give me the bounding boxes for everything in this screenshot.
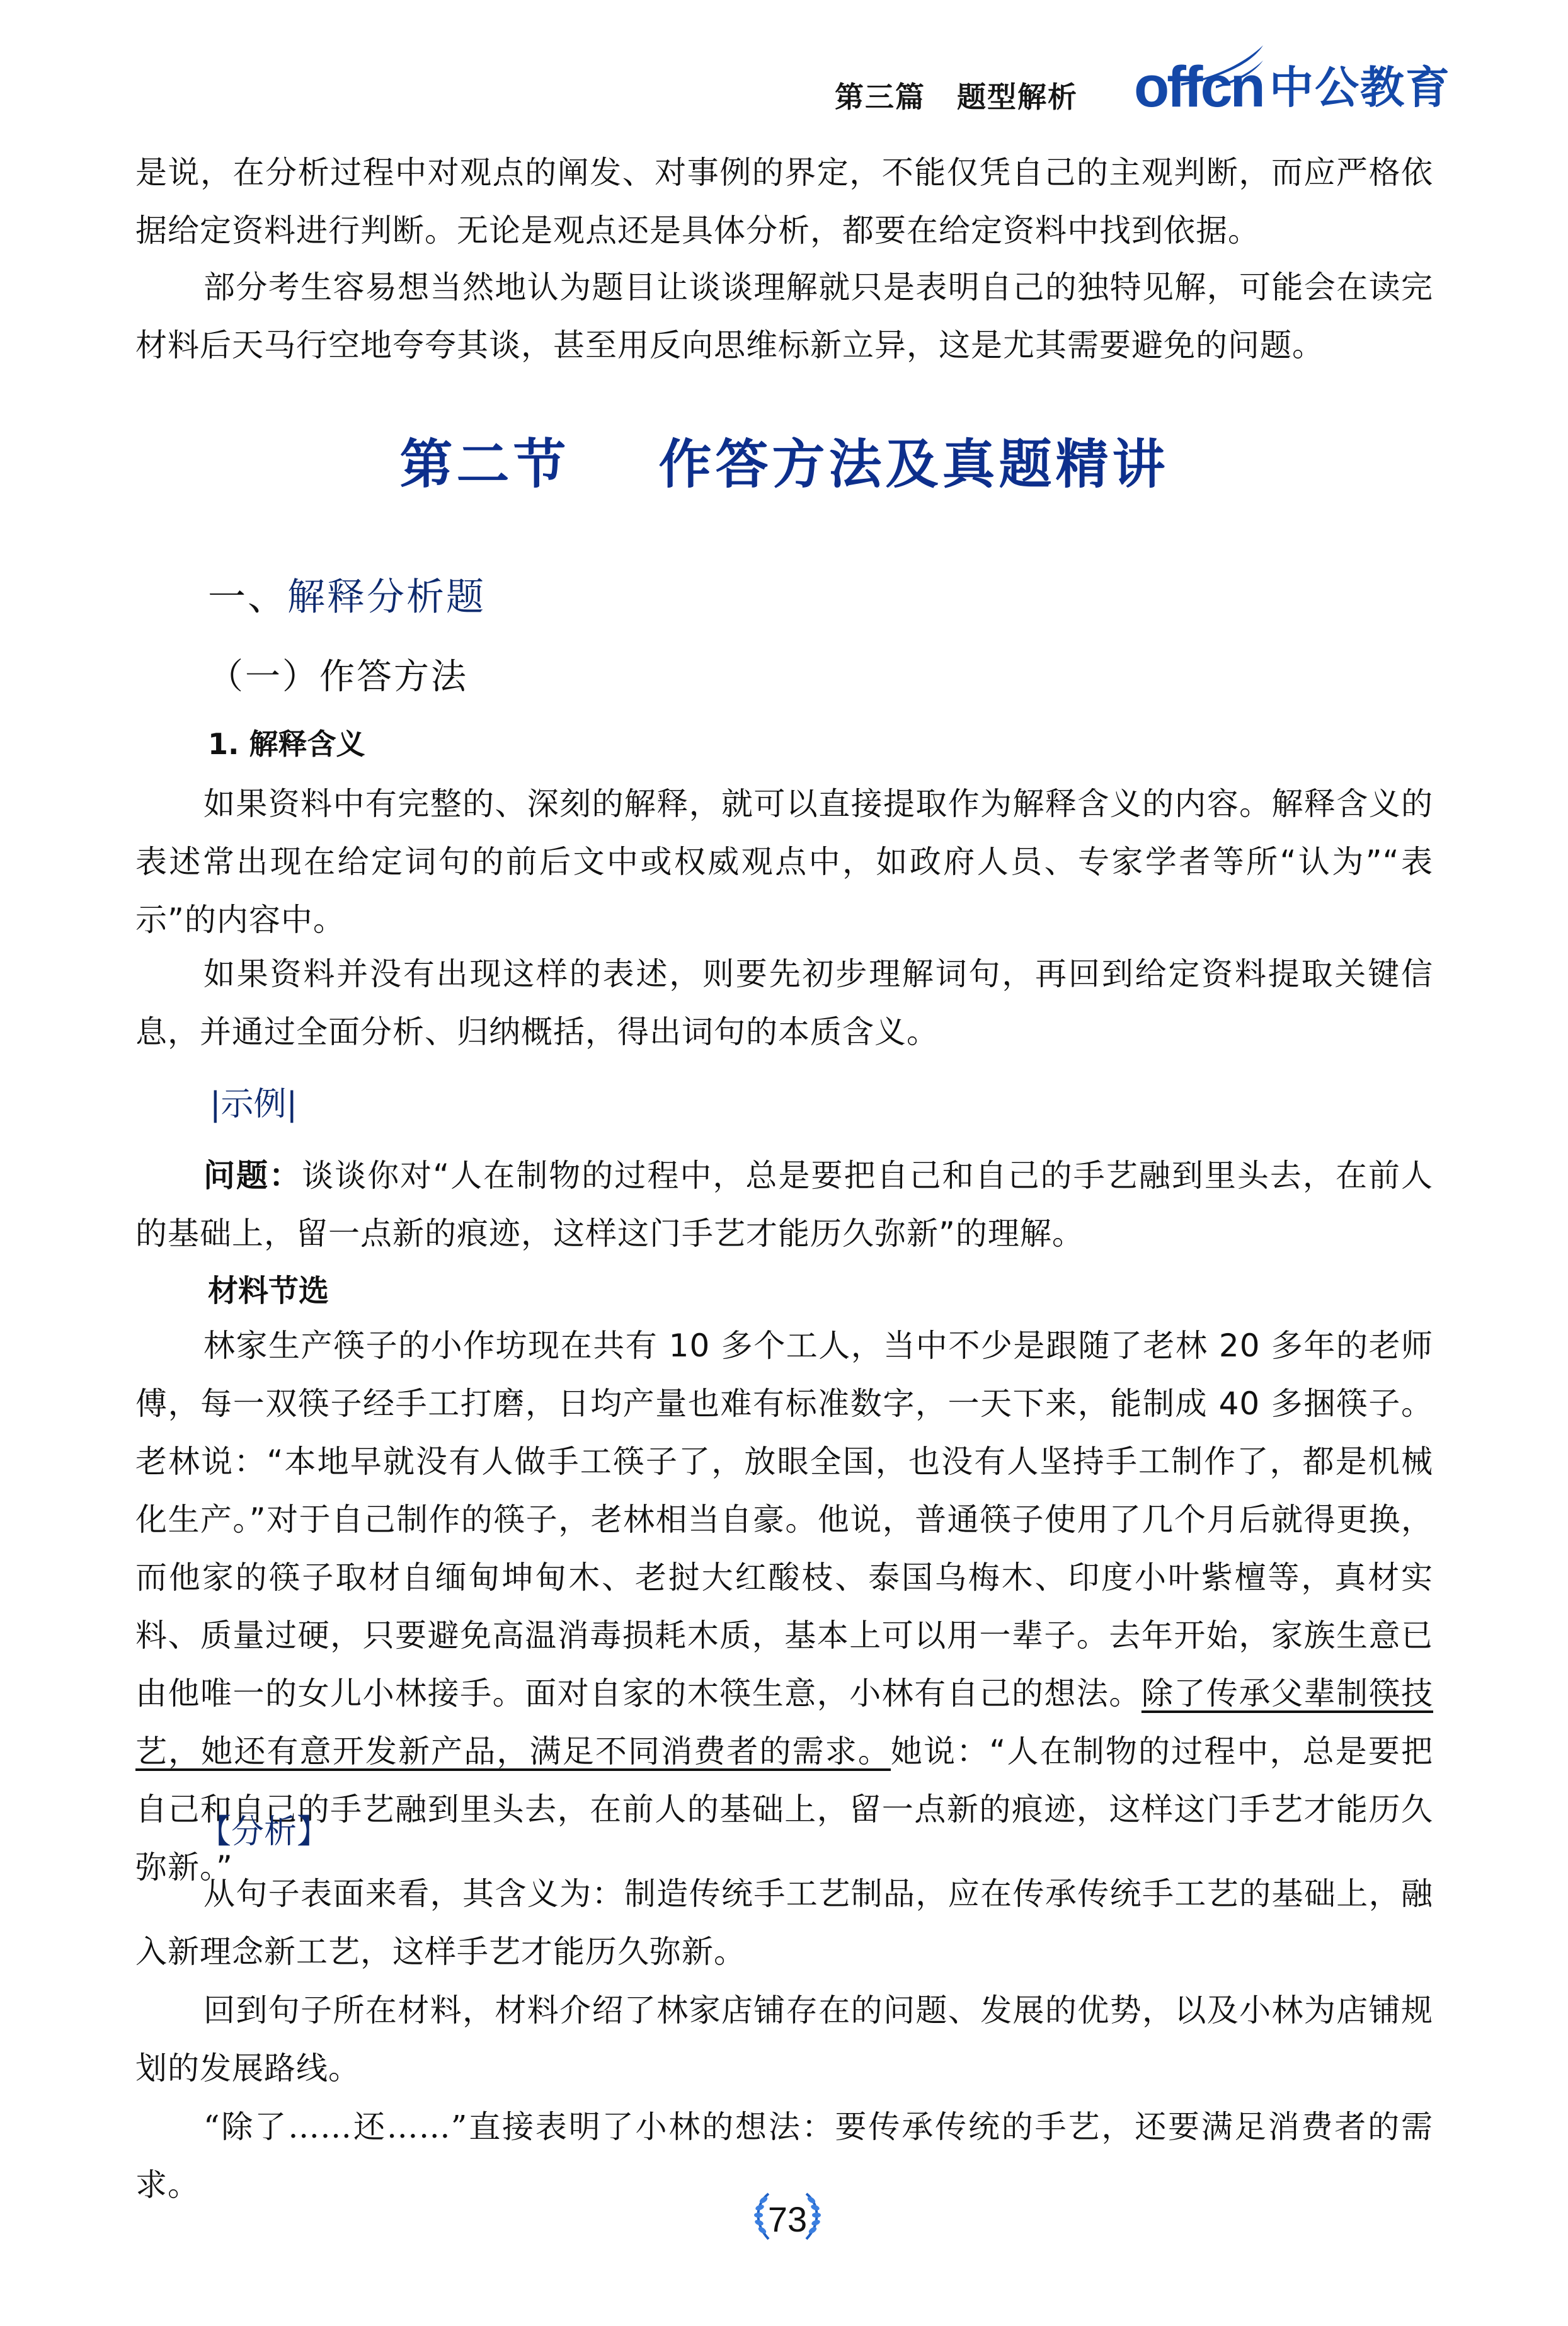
section-number: 第二节 [399, 433, 569, 495]
analysis-paragraph-2: 回到句子所在材料，材料介绍了林家店铺存在的问题、发展的优势，以及小林为店铺规划的… [135, 1981, 1433, 2097]
heading-2-title: 解释分析题 [287, 575, 486, 619]
material-excerpt: 林家生产筷子的小作坊现在共有 10 多个工人，当中不少是跟随了老林 20 多年的… [135, 1317, 1433, 1896]
analysis-paragraph-1: 从句子表面来看，其含义为：制造传统手工艺制品，应在传承传统手工艺的基础上，融入新… [135, 1865, 1433, 1981]
section-title: 第二节 作答方法及真题精讲 [135, 422, 1433, 498]
intro-paragraph-1: 是说，在分析过程中对观点的阐发、对事例的界定，不能仅凭自己的主观判断，而应严格依… [135, 144, 1433, 260]
question-label: 问题： [203, 1157, 302, 1194]
part-number: 第三篇 [835, 80, 925, 114]
laurel-right-icon [797, 2191, 825, 2242]
logo-chinese-name: 中公教育 [1269, 66, 1451, 110]
heading-level-2: 一、解释分析题 [208, 567, 486, 621]
offcn-logo: offcn 中公教育 [1134, 44, 1436, 126]
section-name: 作答方法及真题精讲 [658, 433, 1169, 495]
example-label: |示例| [210, 1077, 297, 1125]
logo-wordmark: offcn [1134, 58, 1263, 116]
heading-level-4: 1. 解释含义 [208, 721, 365, 763]
heading-level-3: （一）作答方法 [208, 649, 468, 699]
part-title: 题型解析 [957, 80, 1078, 114]
page-header: 第三篇题型解析 offcn 中公教育 [0, 0, 1568, 139]
page-number-badge: 73 [718, 2186, 857, 2255]
page-number: 73 [718, 2199, 857, 2240]
running-head: 第三篇题型解析 [835, 74, 1078, 116]
intro-paragraph-2: 部分考生容易想当然地认为题目让谈谈理解就只是表明自己的独特见解，可能会在读完材料… [135, 258, 1433, 374]
analysis-label: 【分析】 [198, 1805, 329, 1852]
example-question: 问题：谈谈你对“人在制物的过程中，总是要把自己和自己的手艺融到里头去，在前人的基… [135, 1147, 1433, 1263]
material-label: 材料节选 [208, 1266, 329, 1310]
method-paragraph-1: 如果资料中有完整的、深刻的解释，就可以直接提取作为解释含义的内容。解释含义的表述… [135, 775, 1433, 949]
heading-2-number: 一、 [208, 575, 287, 619]
material-text-1: 林家生产筷子的小作坊现在共有 10 多个工人，当中不少是跟随了老林 20 多年的… [135, 1327, 1433, 1712]
question-text: 谈谈你对“人在制物的过程中，总是要把自己和自己的手艺融到里头去，在前人的基础上，… [135, 1157, 1433, 1252]
method-paragraph-2: 如果资料并没有出现这样的表述，则要先初步理解词句，再回到给定资料提取关键信息，并… [135, 945, 1433, 1061]
